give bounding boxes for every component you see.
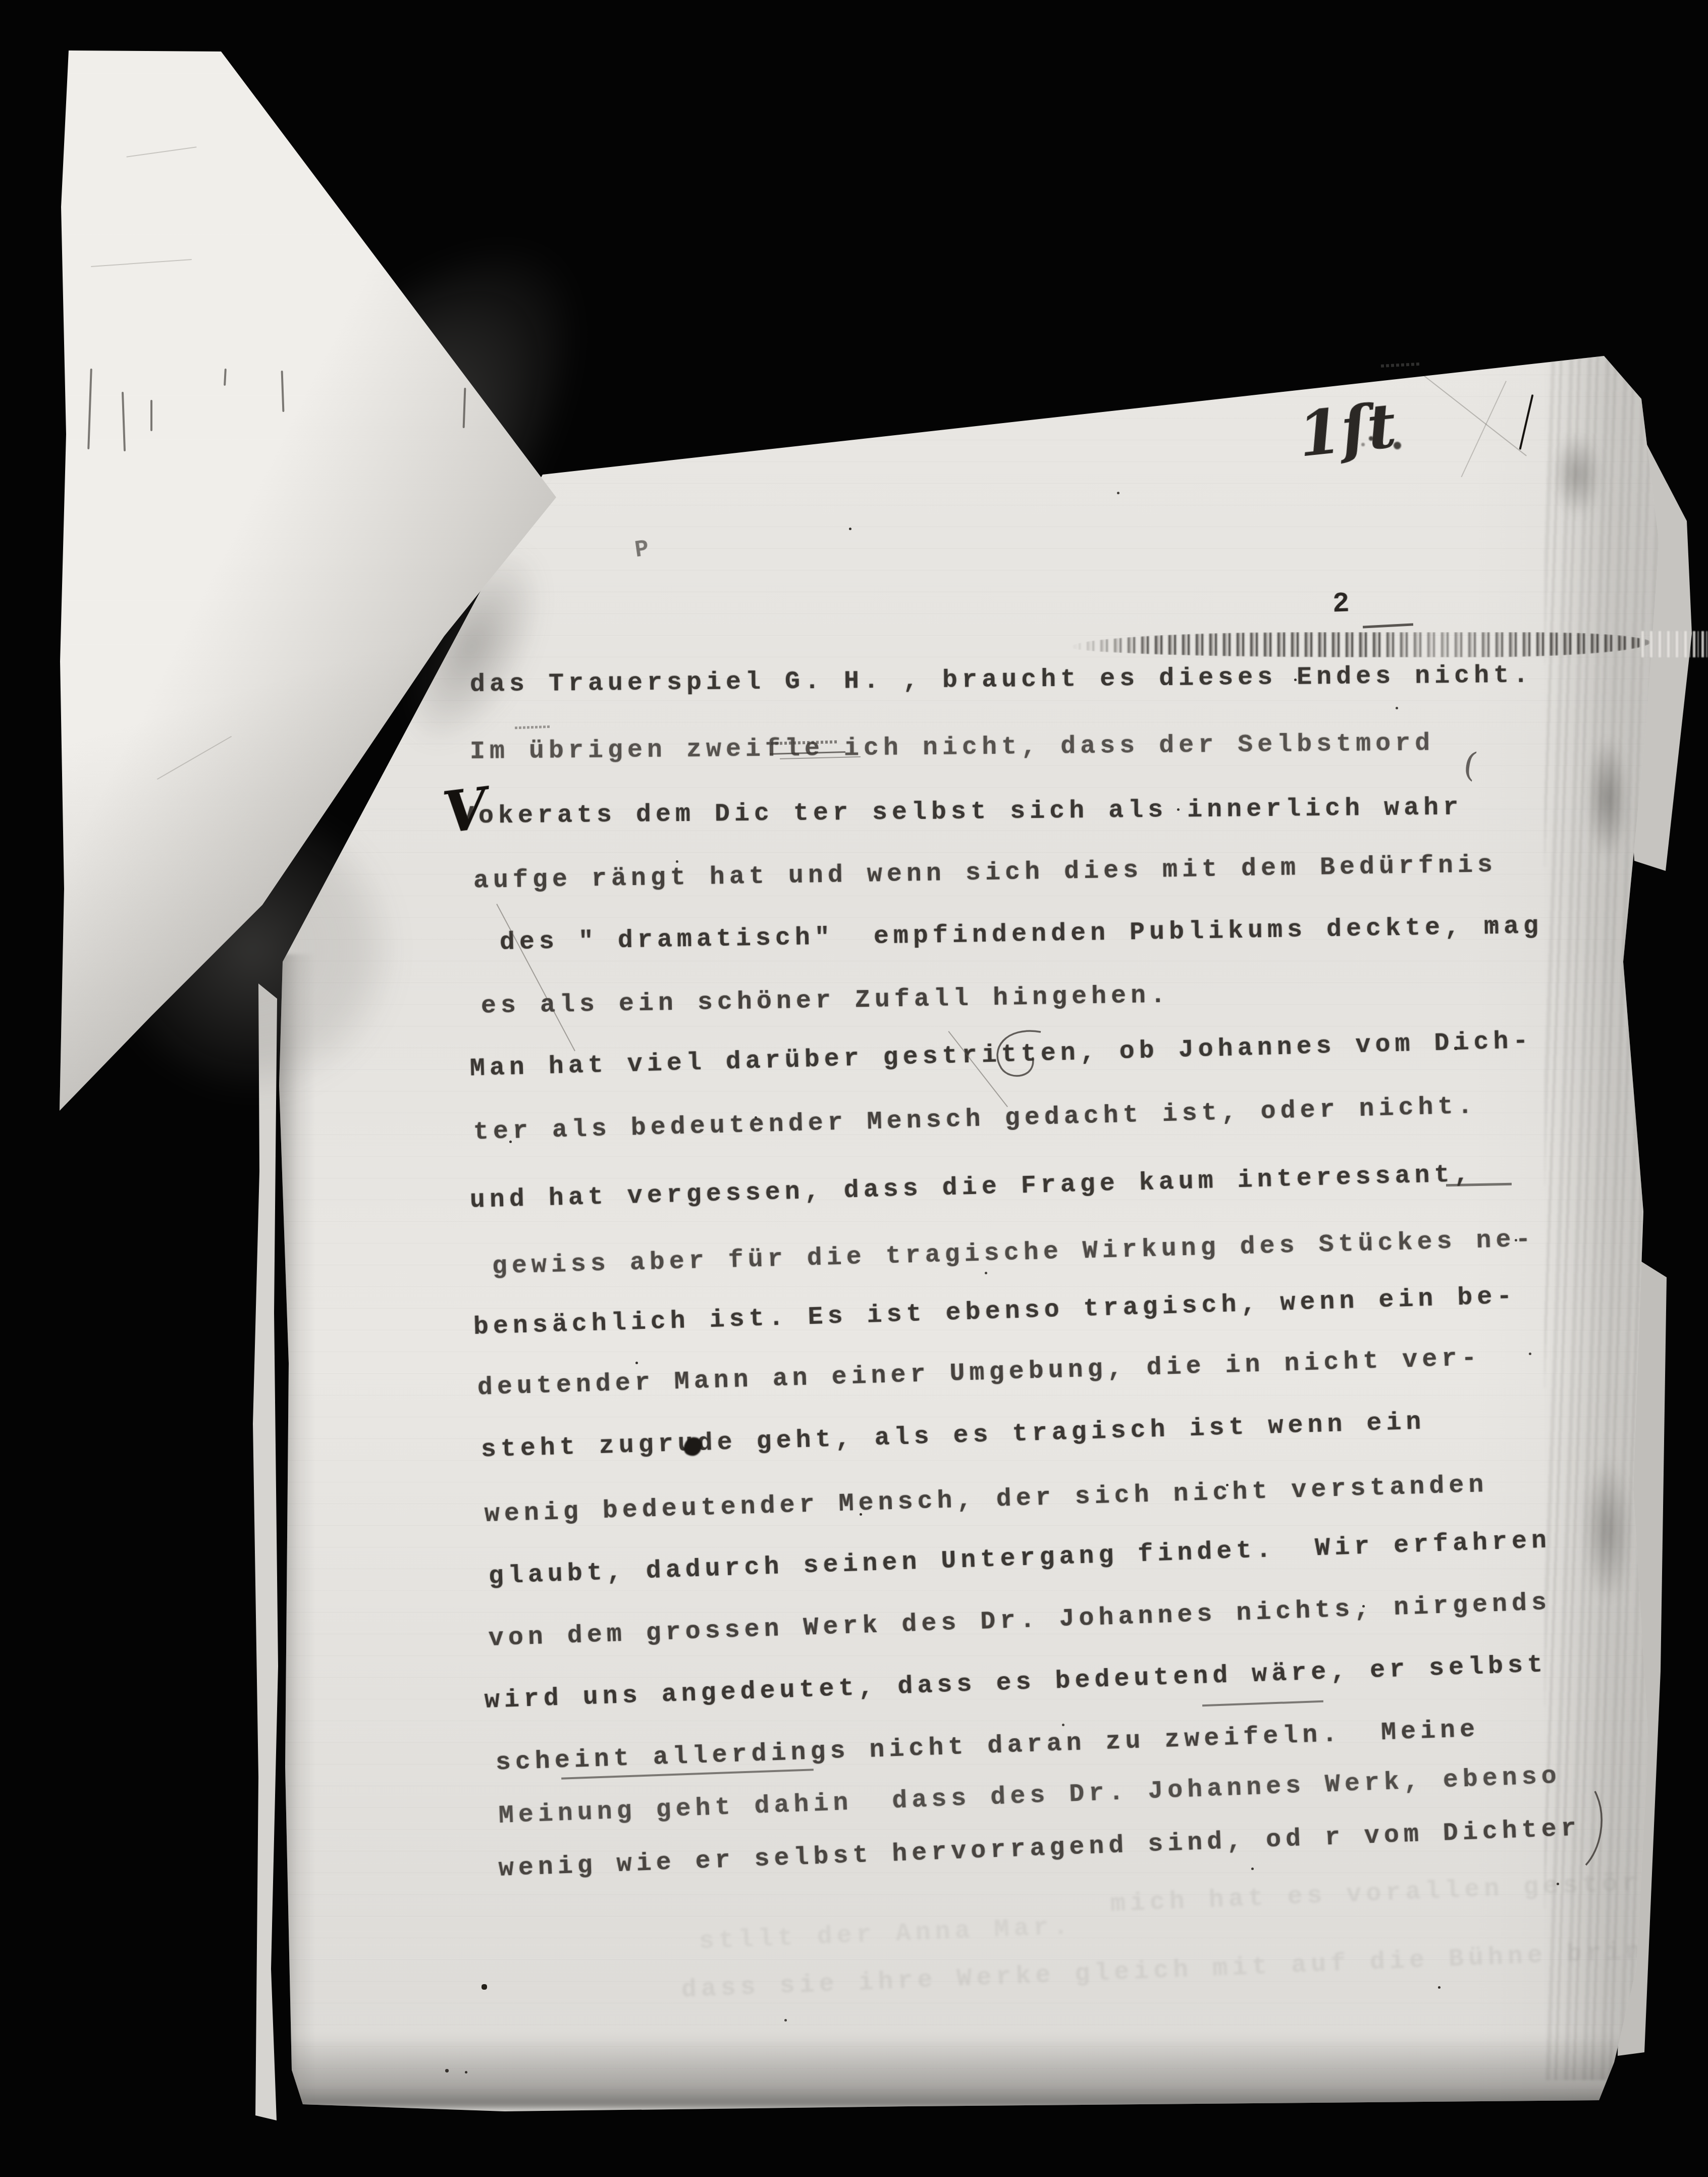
scratch-line: [91, 259, 192, 267]
pen-loop-mark: [984, 1025, 1050, 1085]
scanned-manuscript-photo: 2 1ſt ( P das Trauerspiel G. H. , brauch…: [0, 0, 1708, 2177]
pen-tick-mark: [87, 369, 92, 449]
page-number: 2: [1332, 589, 1350, 618]
ink-smudge-band: [1070, 632, 1650, 657]
scratch-line: [127, 146, 197, 157]
edge-shadow: [1575, 1434, 1640, 1626]
ink-dots: [1369, 436, 1373, 441]
smudge-over-background: [1641, 631, 1708, 657]
handwritten-archival-mark: 1ſt: [1295, 394, 1399, 465]
pen-tick-mark: [463, 388, 466, 428]
dust-specks: [0, 0, 2, 2]
pen-tick-mark: [281, 371, 285, 412]
pen-hook-mark: [1581, 1788, 1611, 1869]
pen-tick-mark: [122, 392, 126, 451]
edge-shadow: [1580, 717, 1635, 878]
pen-tick-mark: [224, 369, 227, 386]
bottom-edge-shadow: [283, 2035, 1625, 2108]
pen-tick-mark: [150, 400, 152, 431]
edge-shadow: [1544, 419, 1610, 530]
faint-writing-on-background: [1381, 362, 1419, 368]
scratch-line: [157, 736, 232, 780]
